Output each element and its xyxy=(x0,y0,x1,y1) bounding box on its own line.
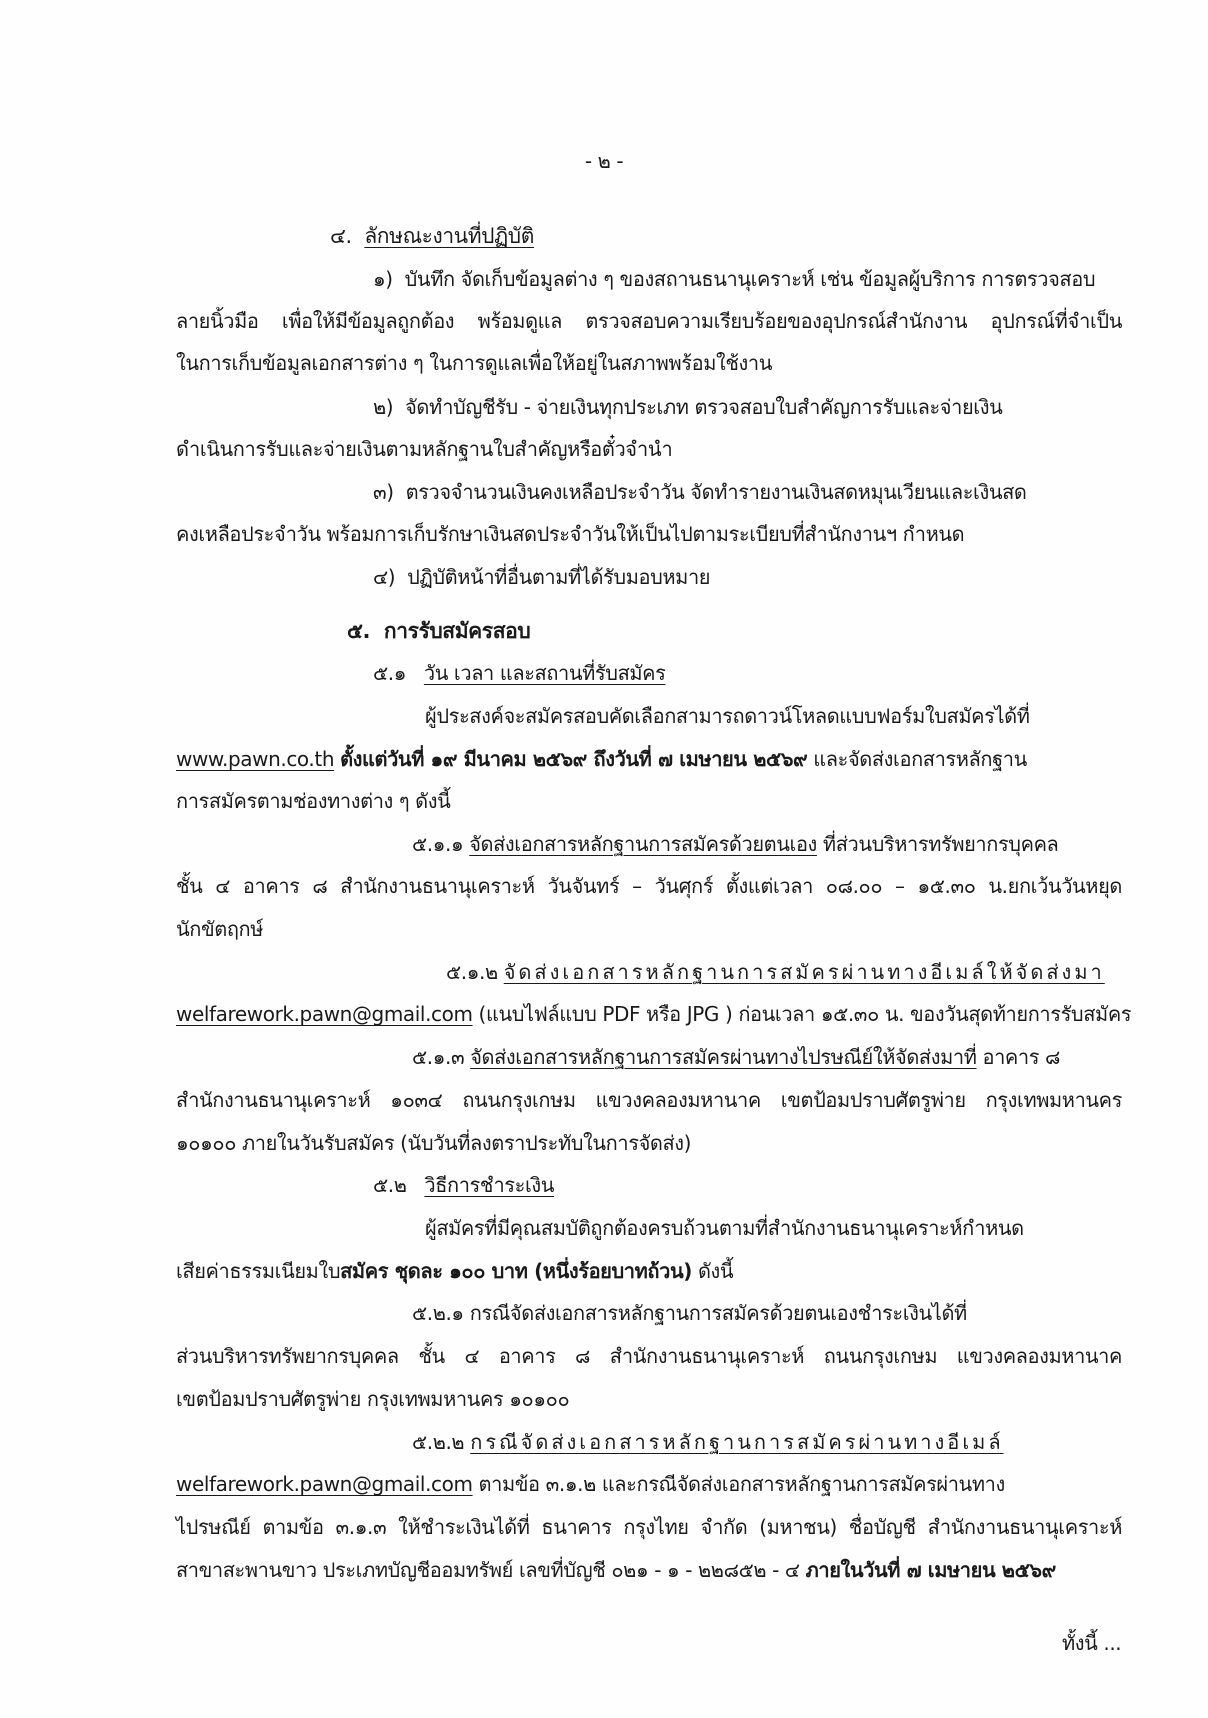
section-5-2-2-title: กรณีจัดส่งเอกสารหลักฐานการสมัครผ่านทางอี… xyxy=(470,1430,1003,1454)
section-5-2-1-text: กรณีจัดส่งเอกสารหลักฐานการสมัครด้วยตนเอง… xyxy=(470,1301,967,1325)
item-1-number: ๑) xyxy=(373,267,393,291)
section-5-2-1-line-3: เขตป้อมปราบศัตรูพ่าย กรุงเทพมหานคร ๑๐๑๐๐ xyxy=(176,1384,569,1414)
section-5-1-2-title: จัดส่งเอกสารหลักฐานการสมัครผ่านทางอีเมล์… xyxy=(504,960,1105,984)
section-5-heading: ๕. การรับสมัครสอบ xyxy=(347,616,530,646)
website-link[interactable]: www.pawn.co.th xyxy=(176,747,334,771)
continuation-marker: ทั้งนี้ ... xyxy=(1062,1628,1121,1658)
section-5-1-para-line-1: ผู้ประสงค์จะสมัครสอบคัดเลือกสามารถดาวน์โ… xyxy=(425,701,1030,731)
section-5-1-3-title: จัดส่งเอกสารหลักฐานการสมัครผ่านทางไปรษณี… xyxy=(470,1045,976,1069)
section-5-1-3-rest: อาคาร ๘ xyxy=(982,1045,1060,1069)
section-5-2-2-first-line: ๕.๒.๒ กรณีจัดส่งเอกสารหลักฐานการสมัครผ่า… xyxy=(412,1427,1004,1457)
section-5-1-para-line-2: www.pawn.co.th ตั้งแต่วันที่ ๑๙ มีนาคม ๒… xyxy=(176,744,1027,774)
page-number: - ๒ - xyxy=(0,146,1208,176)
section-5-1-para-line-3: การสมัครตามช่องทางต่าง ๆ ดังนี้ xyxy=(176,786,450,816)
payment-deadline: ภายในวันที่ ๗ เมษายน ๒๕๖๙ xyxy=(806,1558,1056,1582)
section-5-1-1-line-2: ชั้น ๔ อาคาร ๘ สำนักงานธนานุเคราะห์ วันจ… xyxy=(176,871,1122,901)
section-5-2-title: วิธีการชำระเงิน xyxy=(424,1173,554,1197)
section-5-number: ๕. xyxy=(347,619,370,643)
section-4-number: ๔. xyxy=(330,224,352,248)
section-5-1-1-rest: ที่ส่วนบริหารทรัพยากรบุคคล xyxy=(823,832,1059,856)
section-5-2-2-line-4: สาขาสะพานขาว ประเภทบัญชีออมทรัพย์ เลขที่… xyxy=(176,1555,1056,1585)
section-5-2-1-first-line: ๕.๒.๑ กรณีจัดส่งเอกสารหลักฐานการสมัครด้ว… xyxy=(412,1298,967,1328)
section-5-2-para-line-1: ผู้สมัครที่มีคุณสมบัติถูกต้องครบถ้วนตามท… xyxy=(425,1213,1024,1243)
item-1-text: บันทึก จัดเก็บข้อมูลต่าง ๆ ของสถานธนานุเ… xyxy=(405,267,1095,291)
section-5-1-3-number: ๕.๑.๓ xyxy=(412,1045,464,1069)
item-4-number: ๔) xyxy=(373,565,395,589)
section-5-2-2-line-2-rest: ตามข้อ ๓.๑.๒ และกรณีจัดส่งเอกสารหลักฐานก… xyxy=(479,1472,1005,1496)
item-4-text: ปฏิบัติหน้าที่อื่นตามที่ได้รับมอบหมาย xyxy=(407,565,710,589)
section-5-2-2-line-2: welfarework.pawn@gmail.com ตามข้อ ๓.๑.๒ … xyxy=(176,1469,1005,1499)
item-2-line-2: ดำเนินการรับและจ่ายเงินตามหลักฐานใบสำคัญ… xyxy=(176,434,672,464)
section-5-2-1-number: ๕.๒.๑ xyxy=(412,1301,464,1325)
fee-amount: สมัคร ชุดละ ๑๐๐ บาท (หนึ่งร้อยบาทถ้วน) xyxy=(340,1259,692,1283)
section-4-heading: ๔. ลักษณะงานที่ปฏิบัติ xyxy=(330,221,534,251)
fee-text-pre: เสียค่าธรรมเนียมใบ xyxy=(176,1259,340,1283)
section-5-1-1-number: ๕.๑.๑ xyxy=(412,832,463,856)
section-5-1-heading: ๕.๑ วัน เวลา และสถานที่รับสมัคร xyxy=(373,658,666,688)
section-5-2-2-line-3: ไปรษณีย์ ตามข้อ ๓.๑.๓ ให้ชำระเงินได้ที่ … xyxy=(176,1512,1122,1542)
section-5-2-heading: ๕.๒ วิธีการชำระเงิน xyxy=(373,1170,554,1200)
section-5-1-2-number: ๕.๑.๒ xyxy=(446,960,498,984)
item-2-first-line: ๒) จัดทำบัญชีรับ - จ่ายเงินทุกประเภท ตรว… xyxy=(373,392,1002,422)
section-5-1-2-line-2-rest: (แนบไฟล์แบบ PDF หรือ JPG ) ก่อนเวลา ๑๕.๓… xyxy=(479,1002,1132,1026)
item-1-line-3: ในการเก็บข้อมูลเอกสารต่าง ๆ ในการดูแลเพื… xyxy=(176,348,772,378)
section-5-1-title: วัน เวลา และสถานที่รับสมัคร xyxy=(424,661,666,685)
section-5-1-number: ๕.๑ xyxy=(373,661,406,685)
section-5-1-3-line-2: สำนักงานธนานุเคราะห์ ๑๐๓๔ ถนนกรุงเกษม แข… xyxy=(176,1085,1122,1115)
section-5-1-1-line-3: นักขัตฤกษ์ xyxy=(176,914,263,944)
email-link-2[interactable]: welfarework.pawn@gmail.com xyxy=(176,1472,473,1496)
document-page: - ๒ - ๔. ลักษณะงานที่ปฏิบัติ ๑) บันทึก จ… xyxy=(0,0,1208,1718)
email-link[interactable]: welfarework.pawn@gmail.com xyxy=(176,1002,473,1026)
section-5-1-1-first-line: ๕.๑.๑ จัดส่งเอกสารหลักฐานการสมัครด้วยตนเ… xyxy=(412,829,1058,859)
section-4-title: ลักษณะงานที่ปฏิบัติ xyxy=(364,224,534,248)
section-5-2-number: ๕.๒ xyxy=(373,1173,406,1197)
section-5-1-3-first-line: ๕.๑.๓ จัดส่งเอกสารหลักฐานการสมัครผ่านทาง… xyxy=(412,1042,1060,1072)
bank-account-text: สาขาสะพานขาว ประเภทบัญชีออมทรัพย์ เลขที่… xyxy=(176,1558,800,1582)
item-1-first-line: ๑) บันทึก จัดเก็บข้อมูลต่าง ๆ ของสถานธนา… xyxy=(373,264,1095,294)
section-5-2-para-line-2: เสียค่าธรรมเนียมใบสมัคร ชุดละ ๑๐๐ บาท (ห… xyxy=(176,1256,733,1286)
section-5-2-1-line-2: ส่วนบริหารทรัพยากรบุคคล ชั้น ๔ อาคาร ๘ ส… xyxy=(176,1341,1122,1371)
section-5-1-3-line-3: ๑๐๑๐๐ ภายในวันรับสมัคร (นับวันที่ลงตราปร… xyxy=(176,1128,691,1158)
fee-text-post: ดังนี้ xyxy=(698,1259,733,1283)
item-2-text: จัดทำบัญชีรับ - จ่ายเงินทุกประเภท ตรวจสอ… xyxy=(405,395,1002,419)
section-5-1-para-line-2-rest: และจัดส่งเอกสารหลักฐาน xyxy=(813,747,1027,771)
application-period: ตั้งแต่วันที่ ๑๙ มีนาคม ๒๕๖๙ ถึงวันที่ ๗… xyxy=(340,747,807,771)
section-5-1-2-line-2: welfarework.pawn@gmail.com (แนบไฟล์แบบ P… xyxy=(176,999,1131,1029)
section-5-title: การรับสมัครสอบ xyxy=(384,619,530,643)
item-2-number: ๒) xyxy=(373,395,393,419)
section-5-2-2-number: ๕.๒.๒ xyxy=(412,1430,464,1454)
section-5-1-2-first-line: ๕.๑.๒ จัดส่งเอกสารหลักฐานการสมัครผ่านทาง… xyxy=(446,957,1105,987)
item-1-line-2: ลายนิ้วมือ เพื่อให้มีข้อมูลถูกต้อง พร้อม… xyxy=(176,306,1122,336)
item-3-line-2: คงเหลือประจำวัน พร้อมการเก็บรักษาเงินสดป… xyxy=(176,519,964,549)
item-3-number: ๓) xyxy=(373,480,394,504)
item-4-first-line: ๔) ปฏิบัติหน้าที่อื่นตามที่ได้รับมอบหมาย xyxy=(373,562,710,592)
section-5-1-1-title: จัดส่งเอกสารหลักฐานการสมัครด้วยตนเอง xyxy=(469,832,817,856)
item-3-text: ตรวจจำนวนเงินคงเหลือประจำวัน จัดทำรายงาน… xyxy=(406,480,1027,504)
item-3-first-line: ๓) ตรวจจำนวนเงินคงเหลือประจำวัน จัดทำราย… xyxy=(373,477,1027,507)
